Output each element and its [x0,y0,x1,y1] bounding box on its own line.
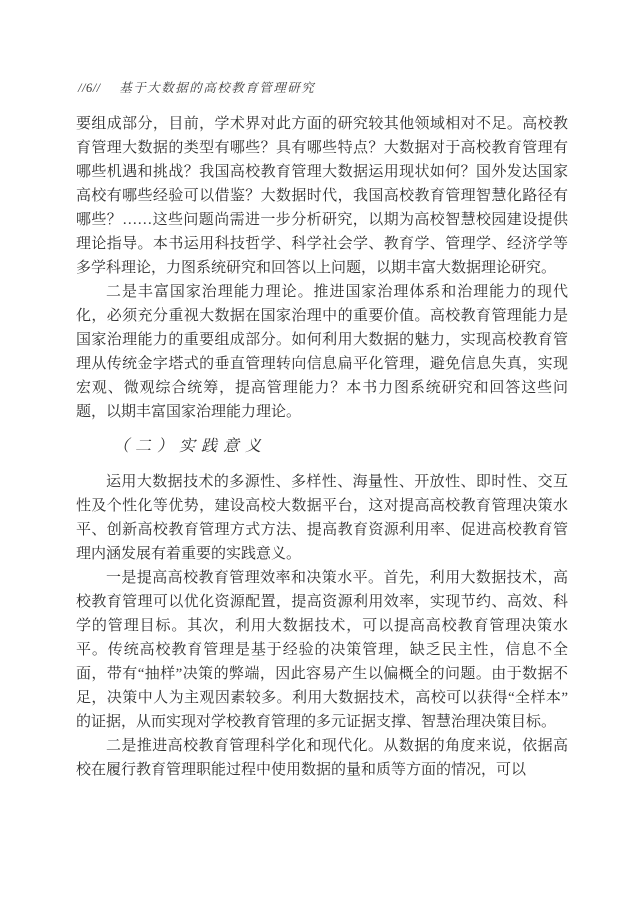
section-heading-practical-significance: （二）实践意义 [76,435,568,459]
paragraph-national-governance: 二是丰富国家治理能力理论。推进国家治理体系和治理能力的现代化，必须充分重视大数据… [76,280,568,424]
book-page: //6// 基于大数据的高校教育管理研究 要组成部分，目前，学术界对此方面的研究… [0,0,638,902]
running-title: 基于大数据的高校教育管理研究 [119,81,315,95]
page-body: 要组成部分，目前，学术界对此方面的研究较其他领域相对不足。高校教育管理大数据的类… [76,112,568,782]
running-header: //6// 基于大数据的高校教育管理研究 [78,78,560,96]
page-number: //6// [78,81,101,95]
paragraph-theory-questions: 要组成部分，目前，学术界对此方面的研究较其他领域相对不足。高校教育管理大数据的类… [76,112,568,280]
paragraph-efficiency-decision: 一是提高高校教育管理效率和决策水平。首先，利用大数据技术，高校教育管理可以优化资… [76,566,568,734]
paragraph-scientific-modernization: 二是推进高校教育管理科学化和现代化。从数据的角度来说，依据高校在履行教育管理职能… [76,734,568,782]
paragraph-big-data-advantages: 运用大数据技术的多源性、多样性、海量性、开放性、即时性、交互性及个性化等优势，建… [76,470,568,566]
